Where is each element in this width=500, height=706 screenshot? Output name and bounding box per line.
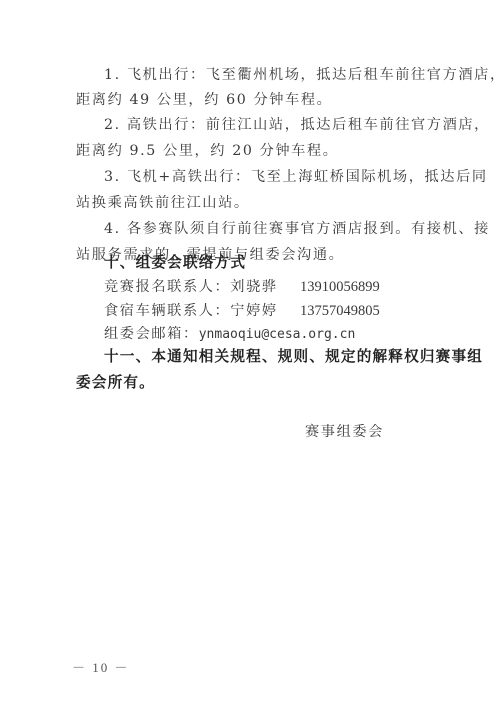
section-11-line-2: 委会所有。	[76, 374, 155, 392]
email-label: 组委会邮箱：	[104, 326, 199, 342]
section-11-line-1: 十一、本通知相关规程、规则、规定的解释权归赛事组	[104, 348, 483, 366]
signature: 赛事组委会	[305, 423, 384, 441]
paragraph-2-line-2: 距离约 9.5 公里，约 20 分钟车程。	[76, 142, 339, 160]
contact-phone: 13757049805	[300, 302, 380, 320]
paragraph-1-line-1: 1. 飞机出行：飞至衢州机场，抵达后租车前往官方酒店，	[104, 66, 500, 84]
section-10-heading: 十、组委会联络方式	[104, 254, 246, 272]
email-address: ynmaoqiu@cesa.org.cn	[199, 327, 356, 342]
contact-label: 食宿车辆联系人：宁婷婷	[104, 303, 278, 319]
paragraph-3-line-1: 3. 飞机+高铁出行：飞至上海虹桥国际机场，抵达后同	[104, 168, 488, 186]
contact-label: 竞赛报名联系人：刘骁骅	[104, 279, 278, 295]
paragraph-2-line-1: 2. 高铁出行：前往江山站，抵达后租车前往官方酒店，	[104, 116, 490, 134]
paragraph-1-line-2: 距离约 49 公里，约 60 分钟车程。	[76, 91, 332, 109]
contact-row: 竞赛报名联系人：刘骁骅 13910056899	[104, 278, 424, 296]
paragraph-4-line-1: 4. 各参赛队须自行前往赛事官方酒店报到。有接机、接	[104, 220, 490, 238]
page-number: － 10 －	[72, 657, 130, 676]
paragraph-3-line-2: 站换乘高铁前往江山站。	[76, 194, 250, 212]
email-row: 组委会邮箱：ynmaoqiu@cesa.org.cn	[104, 325, 355, 344]
contact-row: 食宿车辆联系人：宁婷婷 13757049805	[104, 302, 424, 320]
contact-phone: 13910056899	[300, 278, 380, 296]
